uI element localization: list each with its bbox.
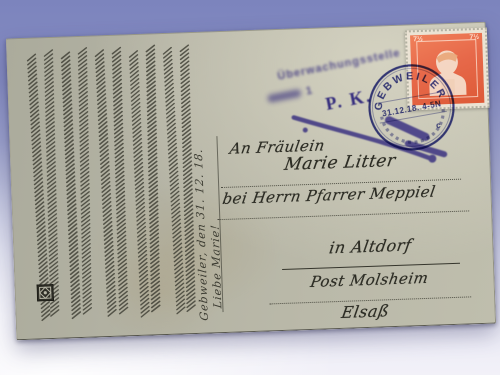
address-line-place: in Altdorf [281,234,460,270]
address-line-care-of: bei Herrn Pfarrer Meppiel [216,181,469,220]
address-region-text: Elsaß [340,301,391,322]
censor-smudge [267,89,302,103]
censor-number: 1 [305,85,313,98]
address-place-text: in Altdorf [328,235,413,257]
scribble-columns [27,44,198,324]
censor-office-text: Überwachungsstelle [276,47,401,83]
postcard-back: Gebweiler, den 31. 12. 18. Liebe Marie! … [6,22,496,341]
photo-of-postcard: Gebweiler, den 31. 12. 18. Liebe Marie! … [0,0,500,375]
stamp-value-right: 7½ [469,34,479,41]
address-post-office-text: Post Molsheim [309,269,430,291]
address-region: Elsaß [341,301,389,322]
address-line-post-office: Post Molsheim [268,267,471,304]
publisher-monogram-icon [36,284,54,302]
censor-initials: P. K. [324,85,374,115]
censor-number-line: 1 [267,85,314,105]
